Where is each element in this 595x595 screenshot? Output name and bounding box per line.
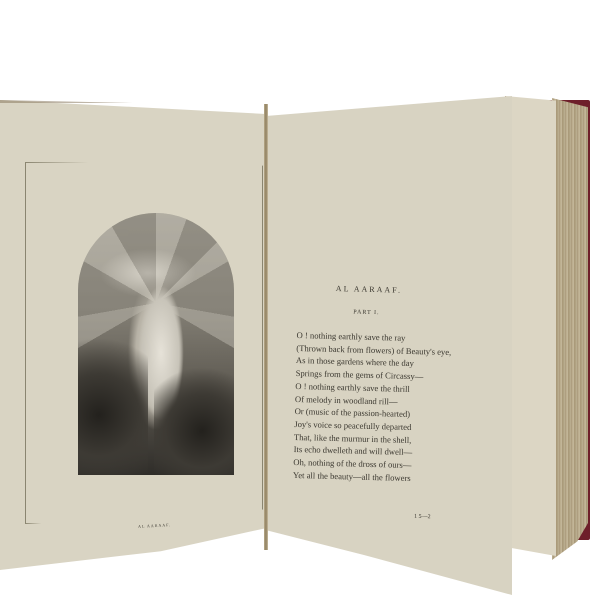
book-photo: AL AARAAF. AL AARAAF. PART I. O ! nothin… [0, 0, 595, 595]
poem-lines: O ! nothing earthly save the ray (Thrown… [293, 329, 452, 485]
engraved-illustration [78, 213, 234, 475]
poem-title: AL AARAAF. [336, 284, 402, 295]
underlying-pages [505, 96, 556, 556]
foliage-right [154, 365, 234, 475]
page-signature: 1 5—2 [414, 514, 431, 521]
page-fore-edge [552, 98, 588, 560]
book-gutter [264, 104, 268, 550]
foliage-left [78, 325, 148, 475]
left-page-top-edge [0, 100, 268, 103]
poem-part-heading: PART I. [353, 309, 379, 316]
